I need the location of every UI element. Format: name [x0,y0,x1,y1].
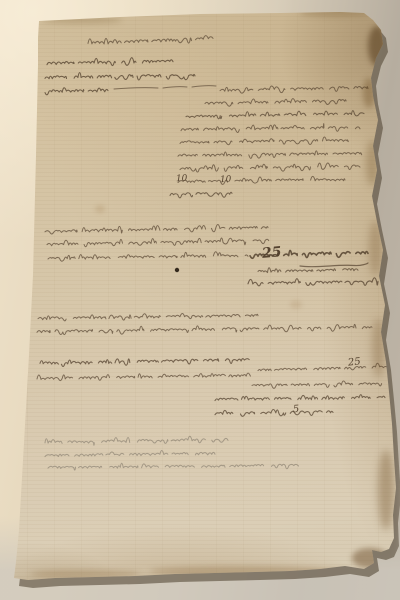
handwriting-line-par2-l3 [186,111,364,119]
handwriting-line-par3-underline [300,263,368,267]
handwriting-line-par3-l5 [248,278,378,286]
ink-blot [175,268,179,272]
handwriting-line-par4-l2 [37,324,372,334]
handwriting-line-par2-l8 [178,176,345,184]
manuscript-paper: 101025255 [0,0,400,600]
handwriting-line-par2-l9 [170,192,232,198]
legible-number-0: 10 [176,175,188,185]
handwriting-line-par2-l2 [205,99,346,107]
handwriting-line-par1-l3 [45,88,108,95]
handwriting-line-par2-l6 [178,151,362,159]
handwriting-line-dash-2 [163,87,187,88]
handwriting-layer [0,0,400,600]
handwriting-line-par3-l4 [258,268,358,273]
handwriting-line-par3-l2 [47,238,269,247]
handwriting-line-par2-l1 [220,86,368,93]
handwriting-line-par5-l2r [258,363,388,370]
legible-number-3: 25 [348,357,362,368]
handwriting-line-par5-l2 [37,373,250,381]
handwriting-line-par3-l3 [48,252,248,261]
handwriting-line-dash-3 [192,86,216,87]
manuscript-photograph: 101025255 [0,0,400,600]
legible-number-2: 25 [261,245,282,261]
handwriting-line-par5-l5 [215,409,333,416]
handwriting-line-par2-l4 [181,124,360,133]
handwriting-line-par1-l1 [47,58,173,66]
handwriting-line-par6-l3 [48,463,299,470]
handwriting-line-heading [88,36,213,44]
handwriting-line-par3-l1 [45,224,268,234]
legible-number-1: 10 [220,176,232,186]
handwriting-line-par6-l1 [45,436,228,445]
handwriting-line-par1-l2 [45,73,195,80]
handwriting-line-par4-l1 [38,313,258,320]
handwriting-line-dash-1 [114,88,158,89]
handwriting-line-par2-l7 [180,163,360,172]
handwriting-line-par6-l2 [45,450,215,456]
handwriting-line-par2-l5 [180,137,348,145]
handwriting-line-par5-l3 [252,381,382,388]
handwriting-line-par5-l4 [215,395,385,401]
legible-number-4: 5 [293,405,300,415]
handwriting-line-par5-l1 [40,359,249,367]
